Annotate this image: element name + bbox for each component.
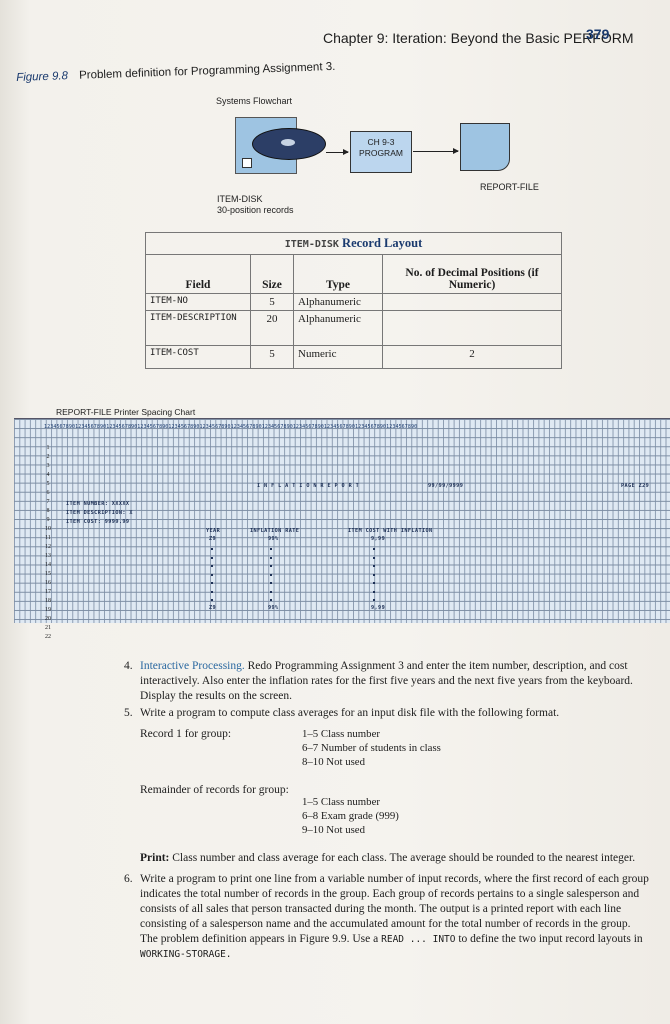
row-number: 15 [42, 570, 54, 579]
row-number: 9 [42, 516, 54, 525]
program-process-box: CH 9-3 PROGRAM [350, 131, 412, 173]
flowchart-title: Systems Flowchart [216, 96, 292, 106]
textbook-page: Chapter 9: Iteration: Beyond the Basic P… [0, 0, 670, 1024]
record-layout-title: ITEM-DISK Record Layout [146, 233, 562, 255]
rate-mask-first: 99% [268, 536, 279, 542]
repeat-dot [211, 557, 213, 559]
print-instructions: Print: Class number and class average fo… [140, 851, 650, 866]
repeat-dot [373, 582, 375, 584]
item-description-line: ITEM DESCRIPTION: X [66, 510, 133, 516]
row-number: 2 [42, 453, 54, 462]
repeat-dot [211, 591, 213, 593]
item-cost-inflation-header: ITEM COST WITH INFLATION [348, 528, 433, 534]
col-field: Field [146, 255, 251, 294]
row-number: 22 [42, 633, 54, 642]
report-title-line: I N F L A T I O N R E P O R T [257, 483, 359, 489]
report-file-label: REPORT-FILE [480, 182, 539, 192]
repeat-dot [373, 591, 375, 593]
exercise-5: 5. Write a program to compute class aver… [140, 706, 650, 866]
exercise-6: 6. Write a program to print one line fro… [140, 872, 650, 962]
item-disk-desc: 30-position records [217, 205, 294, 216]
repeat-dot [270, 599, 272, 601]
record-layout-table: ITEM-DISK Record Layout Field Size Type … [145, 232, 562, 369]
repeat-dot [211, 548, 213, 550]
table-row: ITEM-COST 5 Numeric 2 [146, 346, 562, 369]
row-number: 6 [42, 489, 54, 498]
row-number: 19 [42, 606, 54, 615]
row-number: 21 [42, 624, 54, 633]
repeat-dot [270, 574, 272, 576]
col-type: Type [294, 255, 383, 294]
row-number: 7 [42, 498, 54, 507]
row-number: 8 [42, 507, 54, 516]
table-row: ITEM-DESCRIPTION 20 Alphanumeric [146, 311, 562, 346]
repeat-dot [373, 557, 375, 559]
repeat-dot [211, 574, 213, 576]
repeat-dot [373, 574, 375, 576]
table-row: ITEM-NO 5 Alphanumeric [146, 294, 562, 311]
year-mask-last: Z9 [209, 605, 216, 611]
row-number: 14 [42, 561, 54, 570]
repeat-dot [270, 565, 272, 567]
figure-caption-text: Problem definition for Programming Assig… [79, 61, 336, 82]
disk-storage-icon [252, 128, 326, 160]
row-number: 12 [42, 543, 54, 552]
arrow-icon [413, 151, 458, 152]
record-format-table: Record 1 for group: 1–5 Class number 6–7… [140, 727, 650, 837]
figure-label: Figure 9.8 [16, 70, 68, 84]
column-ruler: 1234567890123456789012345678901234567890… [44, 424, 670, 442]
repeat-dot [211, 582, 213, 584]
row-numbers: 12345678910111213141516171819202122 [42, 444, 54, 642]
report-document-icon [460, 123, 510, 171]
program-label-2: PROGRAM [351, 148, 411, 159]
col-size: Size [251, 255, 294, 294]
row-number: 5 [42, 480, 54, 489]
row-number: 10 [42, 525, 54, 534]
repeat-dot [373, 599, 375, 601]
repeat-dot [373, 548, 375, 550]
rate-mask-last: 99% [268, 605, 279, 611]
item-disk-name: ITEM-DISK [217, 194, 294, 205]
printer-chart-label: REPORT-FILE Printer Spacing Chart [56, 407, 195, 417]
row-number: 1 [42, 444, 54, 453]
cost-mask-first: 9,99 [371, 536, 385, 542]
row-number: 17 [42, 588, 54, 597]
item-cost-line: ITEM COST: 9999.99 [66, 519, 129, 525]
exercises-section: 4. Interactive Processing. Redo Programm… [140, 659, 650, 964]
repeat-dot [211, 599, 213, 601]
year-header: YEAR [206, 528, 220, 534]
repeat-dot [270, 557, 272, 559]
repeat-dot [270, 548, 272, 550]
row-number: 13 [42, 552, 54, 561]
row-number: 4 [42, 471, 54, 480]
row-number: 20 [42, 615, 54, 624]
item-number-line: ITEM NUMBER: XXXXX [66, 501, 129, 507]
arrow-icon [326, 152, 348, 153]
remainder-records-format: Remainder of records for group: 1–5 Clas… [140, 783, 650, 837]
record-1-format: Record 1 for group: 1–5 Class number 6–7… [140, 727, 650, 769]
inflation-rate-header: INFLATION RATE [250, 528, 299, 534]
repeat-dot [270, 591, 272, 593]
row-number: 16 [42, 579, 54, 588]
figure-caption: Figure 9.8 Problem definition for Progra… [16, 61, 336, 84]
exercise-4: 4. Interactive Processing. Redo Programm… [140, 659, 650, 704]
program-label-1: CH 9-3 [351, 137, 411, 148]
item-disk-label: ITEM-DISK 30-position records [217, 194, 294, 216]
row-number: 3 [42, 462, 54, 471]
col-decimals: No. of Decimal Positions (if Numeric) [383, 255, 562, 294]
year-mask-first: Z9 [209, 536, 216, 542]
report-date-mask: 99/99/9999 [428, 483, 463, 489]
exercise-4-title: Interactive Processing. [140, 660, 245, 672]
row-number: 18 [42, 597, 54, 606]
page-number: 379 [586, 26, 609, 42]
repeat-dot [373, 565, 375, 567]
cost-mask-last: 9,99 [371, 605, 385, 611]
row-number: 11 [42, 534, 54, 543]
repeat-dot [270, 582, 272, 584]
report-page-mask: PAGE Z29 [621, 483, 649, 489]
repeat-dot [211, 565, 213, 567]
